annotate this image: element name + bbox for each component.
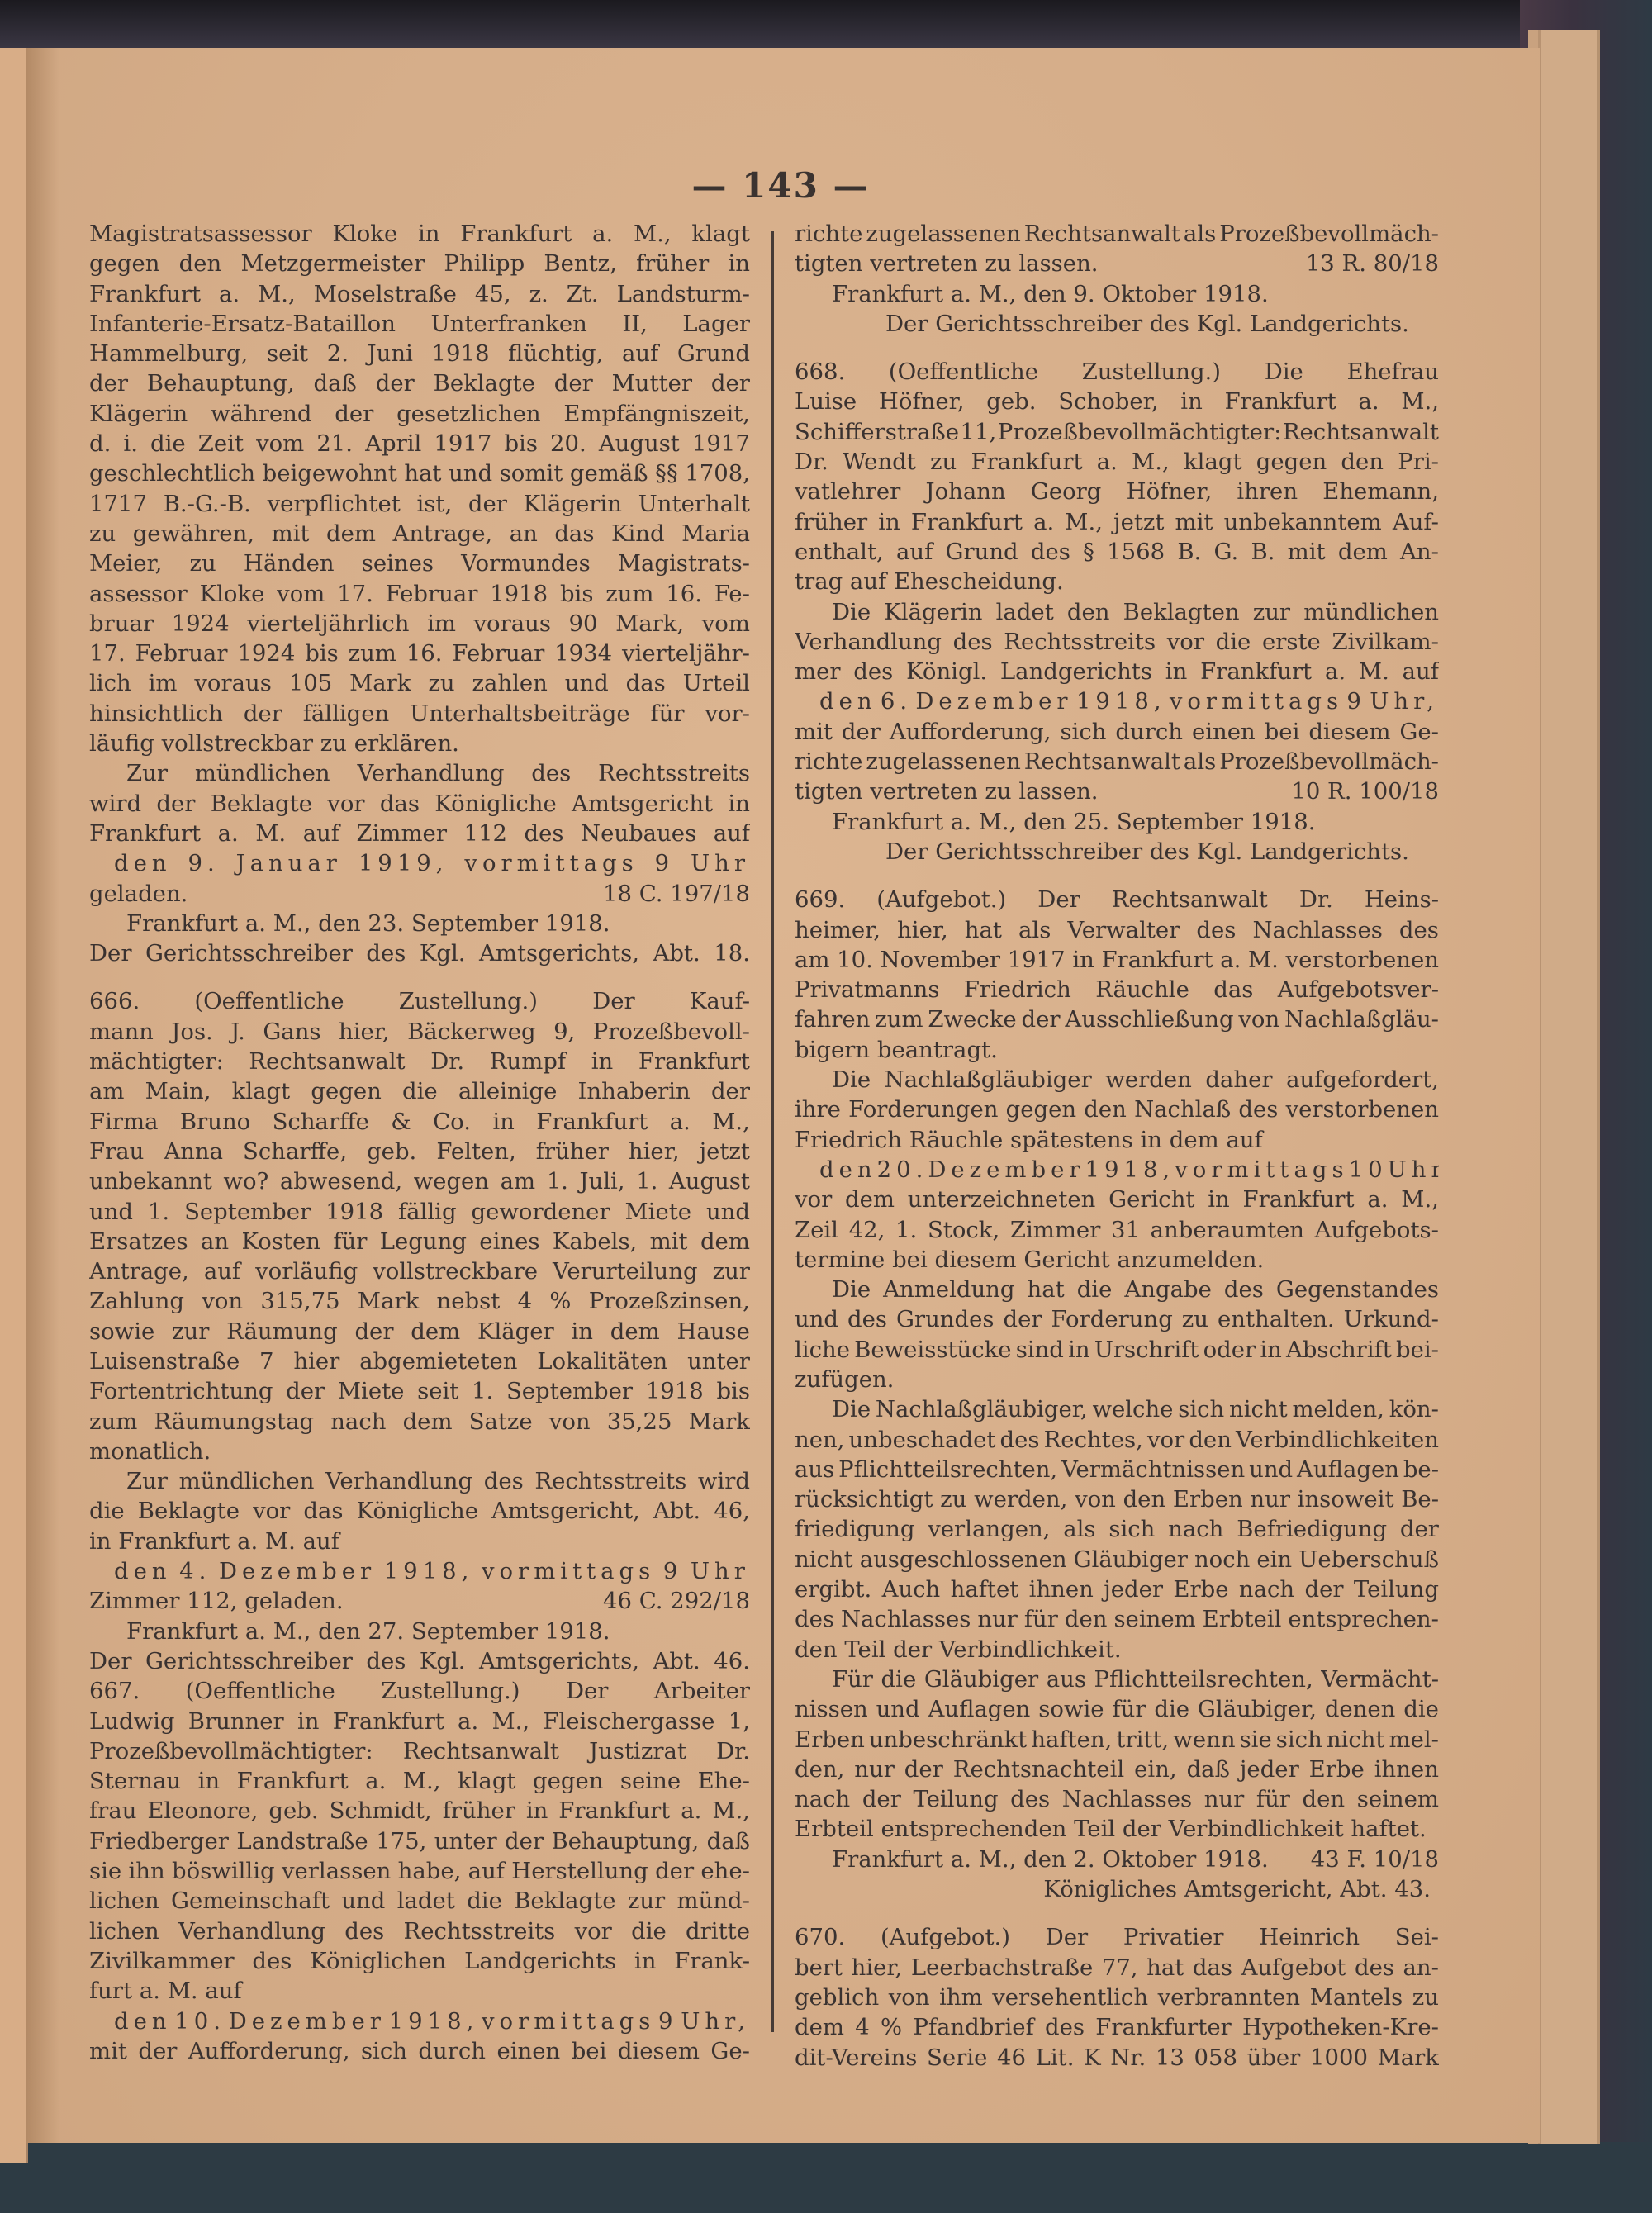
- word: der: [554, 368, 593, 398]
- word: gegen: [311, 1076, 381, 1106]
- line-text: ZivilkammerdesKöniglichenLandgerichtsinF…: [89, 1946, 750, 1976]
- word: Nachlasses: [1252, 915, 1382, 945]
- word: Felten,: [436, 1137, 515, 1166]
- word: daher: [1205, 1065, 1272, 1095]
- word: G.: [1214, 537, 1239, 567]
- word: Grundes: [896, 1304, 995, 1334]
- line-text: frauEleonore,geb.Schmidt,früherinFrankfu…: [89, 1796, 750, 1826]
- word: sich: [1178, 1394, 1224, 1424]
- word: Heinrich: [1259, 1922, 1360, 1952]
- word: Zivilkammer: [89, 1946, 235, 1976]
- text-line: mitderAufforderung,sichdurcheinenbeidies…: [89, 2036, 750, 2066]
- word: Stock,: [928, 1215, 999, 1245]
- word: der: [862, 1784, 901, 1814]
- word: i.: [123, 429, 138, 458]
- word: 4: [855, 2012, 870, 2042]
- word: Schifferstraße: [795, 417, 959, 447]
- word: sich: [1276, 1725, 1322, 1755]
- word: Prozeßbevoll-: [593, 1017, 750, 1047]
- word: Frankfurt: [1101, 945, 1213, 975]
- word: Klägerin: [884, 597, 982, 627]
- word: Neubaues: [581, 819, 696, 848]
- word: zum: [349, 639, 396, 668]
- word: der: [904, 1755, 943, 1784]
- word: Prozeßbevollmächtigter:: [998, 417, 1282, 447]
- word: in: [1208, 1185, 1230, 1214]
- word: Pflichtteilsrechten,: [838, 1455, 1057, 1484]
- word: Rechtsstreits: [534, 1466, 686, 1496]
- word: den: [1065, 1604, 1108, 1634]
- word: in: [297, 1707, 320, 1736]
- line-text: mannJos.J.Ganshier,Bäckerweg9,Prozeßbevo…: [89, 1017, 750, 1047]
- word: richte: [795, 219, 862, 249]
- text-line: richtezugelassenenRechtsanwaltalsProzeßb…: [795, 219, 1439, 249]
- word: vierteljähr-: [622, 639, 750, 668]
- word: auf: [204, 1256, 240, 1286]
- word: somit: [500, 458, 563, 488]
- line-text: mächtigter:RechtsanwaltDr.RumpfinFrankfu…: [89, 1047, 750, 1076]
- word: mündlichen: [1303, 597, 1439, 627]
- word: für: [651, 699, 685, 729]
- line-text: assessorKlokevom17.Februar1918biszum16.F…: [89, 579, 750, 609]
- word: Landgerichts: [464, 1946, 616, 1976]
- word: verbrannten: [1158, 1983, 1301, 2012]
- word: Kgl.: [420, 1646, 466, 1676]
- word: den: [819, 686, 877, 716]
- text-line: geblichvonihmversehentlichverbranntenMan…: [795, 1983, 1439, 2012]
- text-line: FortentrichtungderMieteseit1.September19…: [89, 1376, 750, 1406]
- text-line: zugewähren,mitdemAntrage,andasKindMaria: [89, 519, 750, 549]
- word: dem: [326, 519, 376, 549]
- word: Verurteilung: [553, 1256, 698, 1286]
- word: Uhr: [691, 1556, 750, 1586]
- word: liche: [795, 1335, 850, 1365]
- word: 9: [663, 1556, 683, 1586]
- word: 1708,: [685, 458, 750, 488]
- word: hat: [965, 915, 1002, 945]
- word: Frankfurt: [1243, 1185, 1355, 1214]
- word: Co.: [433, 1107, 471, 1137]
- word: Rechtsanwalt: [249, 1047, 405, 1076]
- word: 315,75: [260, 1286, 339, 1316]
- text-line: ihreForderungengegendenNachlaßdesverstor…: [795, 1095, 1439, 1124]
- word: auf: [896, 537, 933, 567]
- word: Nachlaßgläubiger: [885, 1065, 1092, 1095]
- word: 17.: [337, 579, 373, 609]
- word: Friedrich: [964, 975, 1071, 1004]
- word: 21.: [316, 429, 353, 458]
- word: Der: [89, 1646, 131, 1676]
- text-line: Zahlungvon315,75Marknebst4%Prozeßzinsen,: [89, 1286, 750, 1316]
- word: der: [1003, 1304, 1042, 1334]
- word: April: [365, 429, 421, 458]
- word: Miete: [338, 1376, 405, 1406]
- word: gewordener: [471, 1197, 610, 1227]
- word: wegen: [414, 1166, 489, 1196]
- word: das: [380, 789, 420, 819]
- word: 1917: [434, 429, 491, 458]
- notice-heading-line: 667.(OeffentlicheZustellung.)DerArbeiter: [89, 1676, 750, 1706]
- text-line: Der Gerichtsschreiber des Kgl. Landgeric…: [795, 309, 1439, 339]
- word: Erben: [1173, 1484, 1243, 1514]
- text-line: Der Gerichtsschreiber des Kgl. Landgeric…: [795, 837, 1439, 867]
- word: M.,: [712, 1796, 750, 1826]
- word: Ersatzes: [89, 1227, 188, 1256]
- line-text: mitderAufforderung,sichdurcheinenbeidies…: [89, 2036, 750, 2066]
- line-text: bigern beantragt.: [795, 1035, 998, 1065]
- word: den,: [795, 1755, 844, 1784]
- text-line: 17.Februar1924biszum16.Februar1934vierte…: [89, 639, 750, 668]
- word: dit-Vereins: [795, 2043, 917, 2073]
- word: vatlehrer: [795, 477, 900, 506]
- line-text: dit-VereinsSerie46Lit.KNr.13058über1000M…: [795, 2043, 1439, 2073]
- word: Fe-: [714, 579, 750, 609]
- word: Frankfurt: [638, 1047, 750, 1076]
- word: M.,: [403, 1766, 441, 1796]
- word: unbekanntem: [1224, 507, 1382, 537]
- line-text: nachderTeilungdesNachlassesnurfürdensein…: [795, 1784, 1439, 1814]
- word: und: [1249, 1455, 1293, 1484]
- word: Rechtsanwalt: [1112, 885, 1268, 914]
- line-text: DieNachlaßgläubiger,welchesichnichtmelde…: [832, 1394, 1439, 1424]
- text-line: sowiezurRäumungderdemKlägerindemHause: [89, 1317, 750, 1346]
- text-line: Friedrich Räuchle spätestens in dem auf: [795, 1125, 1439, 1155]
- line-text: derBehauptung,daßderBeklagtederMutterder: [89, 368, 750, 398]
- word: Prozeßbevollmäch-: [1219, 219, 1439, 249]
- word: Der: [1046, 1922, 1088, 1952]
- word: Bäckerweg: [407, 1017, 536, 1047]
- line-text: gegendenMetzgermeisterPhilippBentz,frühe…: [89, 249, 750, 278]
- word: 1.: [148, 1197, 169, 1227]
- text-line: bruar1924vierteljährlichimvoraus90Mark,v…: [89, 609, 750, 639]
- word: Scharffe,: [243, 1137, 347, 1166]
- word: gemäß: [570, 458, 648, 488]
- word: Befriedigung: [1237, 1514, 1387, 1544]
- word: Auf-: [1393, 507, 1439, 537]
- word: a.: [670, 1107, 691, 1137]
- line-text: monatlich.: [89, 1437, 211, 1466]
- word: M.,: [1065, 507, 1103, 537]
- word: zum: [89, 1407, 137, 1437]
- word: &: [391, 1107, 411, 1137]
- word: enthalt,: [795, 537, 884, 567]
- text-line: lichenVerhandlungdesRechtsstreitsvordied…: [89, 1916, 750, 1946]
- word: Gläubiger: [924, 1664, 1038, 1694]
- word: lichen: [89, 1886, 159, 1916]
- word: Kabels,: [553, 1227, 637, 1256]
- word: seit: [417, 1376, 458, 1406]
- word: Mantels: [1310, 1983, 1403, 2012]
- word: Frankfurt: [911, 507, 1023, 537]
- line-text: geblichvonihmversehentlichverbranntenMan…: [795, 1983, 1439, 2012]
- word: Uhr,: [1370, 686, 1439, 716]
- word: nicht: [1327, 1725, 1385, 1755]
- word: bis: [305, 639, 339, 668]
- text-line: nichtausgeschlossenenGläubigernocheinUeb…: [795, 1545, 1439, 1574]
- word: wird: [89, 789, 141, 819]
- word: Zt.: [567, 279, 599, 309]
- word: geb.: [986, 387, 1036, 416]
- word: heimer,: [795, 915, 881, 945]
- word: ladet: [397, 1886, 455, 1916]
- word: Die: [832, 1394, 871, 1424]
- line-text: Meier,zuHändenseinesVormundesMagistrats-: [89, 549, 750, 578]
- case-reference: 10 R. 100/18: [1291, 776, 1439, 806]
- word: d.: [89, 429, 111, 458]
- text-line: MagistratsassessorKlokeinFrankfurta.M.,k…: [89, 219, 750, 249]
- text-line: 1717B.-G.-B.verpflichtetist,derKlägerinU…: [89, 489, 750, 519]
- text-line: Frankfurt a. M., den 27. September 1918.: [89, 1617, 750, 1646]
- word: Dr.: [716, 1736, 750, 1766]
- word: die: [631, 1916, 667, 1946]
- text-line: Schifferstraße11,Prozeßbevollmächtigter:…: [795, 417, 1439, 447]
- line-text: Frankfurt a. M., den 27. September 1918.: [126, 1617, 610, 1646]
- line-text: Königliches Amtsgericht, Abt. 43.: [1043, 1874, 1431, 1904]
- word: 45,: [475, 279, 511, 309]
- word: Beklagte: [434, 368, 535, 398]
- word: 1,: [729, 1707, 750, 1736]
- word: 77,: [1102, 1953, 1138, 1983]
- word: geschlechtlich: [89, 458, 255, 488]
- word: Februar: [386, 579, 478, 609]
- word: vom: [277, 579, 325, 609]
- notice-heading-line: 668.(OeffentlicheZustellung.)DieEhefrau: [795, 357, 1439, 387]
- word: geb.: [367, 1137, 416, 1166]
- word: Pflichtteilsrechten,: [1094, 1664, 1313, 1694]
- word: zu: [1412, 1983, 1439, 2012]
- line-text: licheBeweisstückesindinUrschriftoderinAb…: [795, 1335, 1439, 1365]
- word: die: [89, 1496, 125, 1526]
- word: das: [554, 519, 594, 549]
- text-line: PrivatmannsFriedrichRäuchledasAufgebotsv…: [795, 975, 1439, 1004]
- word: hat: [404, 458, 441, 488]
- word: entsprechen-: [1288, 1604, 1439, 1634]
- text-line: den,nurderRechtsnachteilein,daßjederErbe…: [795, 1755, 1439, 1784]
- word: Anna: [164, 1137, 223, 1166]
- word: Frankfurt: [89, 819, 201, 848]
- line-text: den20.Dezember1918,vormittags10Uhr,: [819, 1155, 1439, 1185]
- word: der: [1022, 1004, 1061, 1034]
- line-text: Hammelburg,seit2.Juni1918flüchtig,aufGru…: [89, 339, 750, 368]
- word: des: [366, 1646, 406, 1676]
- text-line: Frankfurt a. M., den 23. September 1918.: [89, 909, 750, 938]
- word: 2.: [327, 339, 349, 368]
- line-text: den6.Dezember1918,vormittags9Uhr,: [819, 686, 1439, 716]
- word: 10.: [174, 2006, 225, 2036]
- word: Ehemann,: [1322, 477, 1439, 506]
- word: ihnen: [1029, 1574, 1094, 1604]
- word: be-: [1403, 1455, 1439, 1484]
- word: 175,: [376, 1826, 426, 1856]
- word: Frankfurt: [1225, 387, 1336, 416]
- word: Uhr: [691, 848, 750, 878]
- line-text: termine bei diesem Gericht anzumelden.: [795, 1245, 1264, 1275]
- word: in: [571, 1317, 593, 1346]
- word: flüchtig,: [508, 339, 603, 368]
- line-text: Antrage,aufvorläufigvollstreckbareVerurt…: [89, 1256, 750, 1286]
- line-text: ihreForderungengegendenNachlaßdesverstor…: [795, 1095, 1439, 1124]
- word: Abt.: [653, 1646, 700, 1676]
- word: zum: [875, 1004, 923, 1034]
- word: Kloke: [200, 579, 265, 609]
- line-text: hinsichtlichderfälligenUnterhaltsbeiträg…: [89, 699, 750, 729]
- word: gewähren,: [133, 519, 254, 549]
- word: Der: [89, 938, 131, 968]
- book-cover-top: [0, 0, 1652, 50]
- word: in: [591, 1047, 614, 1076]
- line-text: 1717B.-G.-B.verpflichtetist,derKlägerinU…: [89, 489, 750, 519]
- word: der: [1400, 1514, 1439, 1544]
- word: nach: [1168, 1514, 1223, 1544]
- word: mit: [795, 717, 833, 747]
- word: vor-: [705, 699, 750, 729]
- word: als: [1063, 1514, 1095, 1544]
- word: in: [1260, 1335, 1282, 1365]
- word: J.: [230, 1017, 245, 1047]
- case-reference: 46 C. 292/18: [603, 1586, 750, 1616]
- word: wenn: [1173, 1725, 1235, 1755]
- word: Frank-: [674, 1946, 750, 1976]
- text-line: lichenGemeinschaftundladetdieBeklagtezur…: [89, 1886, 750, 1916]
- word: auf: [1403, 657, 1439, 686]
- case-reference: 43 F. 10/18: [1311, 1845, 1439, 1874]
- word: M.: [1359, 657, 1389, 686]
- word: denen: [1325, 1694, 1396, 1724]
- word: a.: [1220, 945, 1241, 975]
- text-line: ZivilkammerdesKöniglichenLandgerichtsinF…: [89, 1946, 750, 1976]
- word: August: [669, 1166, 750, 1196]
- word: Luisenstraße: [89, 1346, 240, 1376]
- word: des: [1238, 1095, 1278, 1124]
- word: habe,: [398, 1856, 462, 1886]
- word: zum: [605, 579, 653, 609]
- notice-heading-line: 666.(OeffentlicheZustellung.)DerKauf-: [89, 986, 750, 1016]
- notice-heading-line: 669.(Aufgebot.)DerRechtsanwaltDr.Heins-: [795, 885, 1439, 914]
- word: Magistrats-: [618, 549, 750, 578]
- word: alleinige: [458, 1076, 557, 1106]
- word: Frankfurt: [89, 279, 201, 309]
- line-text: den Teil der Verbindlichkeit.: [795, 1635, 1122, 1664]
- word: den: [179, 249, 222, 278]
- line-text: dieBeklagtevordasKöniglicheAmtsgericht,A…: [89, 1496, 750, 1526]
- word: den: [114, 1556, 172, 1586]
- line-text: ergibt.AuchhaftetihnenjederErbenachderTe…: [795, 1574, 1439, 1604]
- word: zur: [713, 1256, 750, 1286]
- text-line: Infanterie-Ersatz-BataillonUnterfrankenI…: [89, 309, 750, 339]
- word: Mutter: [612, 368, 692, 398]
- word: Behauptung,: [551, 1826, 699, 1856]
- word: Zustellung.): [399, 986, 538, 1016]
- word: Urteil: [683, 668, 750, 698]
- word: seines: [362, 549, 434, 578]
- word: Fortentrichtung: [89, 1376, 273, 1406]
- text-line: ergibt.AuchhaftetihnenjederErbenachderTe…: [795, 1574, 1439, 1604]
- word: sich: [361, 2036, 407, 2066]
- word: jetzt: [700, 1137, 750, 1166]
- word: zahlen: [472, 668, 547, 698]
- word: Aufforderung,: [188, 2036, 350, 2066]
- word: vor: [1147, 1425, 1184, 1455]
- word: von: [889, 1983, 930, 2012]
- word: Der: [1037, 885, 1080, 914]
- word: voraus: [194, 668, 271, 698]
- word: ladet: [996, 597, 1054, 627]
- word: Beklagte: [514, 1886, 615, 1916]
- word: Landgerichts: [1000, 657, 1152, 686]
- word: 1717: [89, 489, 147, 519]
- word: 1.: [472, 1376, 493, 1406]
- word: Zeil: [795, 1215, 838, 1245]
- word: einen: [496, 2036, 560, 2066]
- line-text: trag auf Ehescheidung.: [795, 567, 1064, 596]
- word: Kloke: [332, 219, 397, 249]
- word: 1918: [646, 1376, 704, 1406]
- word: II,: [622, 309, 647, 339]
- text-line: hinsichtlichderfälligenUnterhaltsbeiträg…: [89, 699, 750, 729]
- word: 669.: [795, 885, 845, 914]
- line-text: Frankfurta.M.aufZimmer112desNeubauesauf: [89, 819, 750, 848]
- line-text: und1.September1918fälliggewordenerMieteu…: [89, 1197, 750, 1227]
- text-line: Frankfurt a. M., den 25. September 1918.: [795, 807, 1439, 837]
- word: Heins-: [1365, 885, 1439, 914]
- word: Höfner,: [1127, 477, 1213, 506]
- section-gap: [795, 339, 1439, 357]
- word: fälligen: [303, 699, 390, 729]
- word: im: [427, 609, 456, 639]
- text-line: Zeil42,1.Stock,Zimmer31anberaumtenAufgeb…: [795, 1215, 1439, 1245]
- word: den: [1067, 597, 1110, 627]
- text-line: FriedbergerLandstraße175,unterderBehaupt…: [89, 1826, 750, 1856]
- word: a.: [1097, 447, 1118, 477]
- word: 1924: [237, 639, 295, 668]
- word: Ausschließung: [1065, 1004, 1233, 1034]
- line-text: dem4%PfandbriefdesFrankfurterHypotheken-…: [795, 2012, 1439, 2042]
- line-text: bruar1924vierteljährlichimvoraus90Mark,v…: [89, 609, 750, 639]
- word: Infanterie-Ersatz-Bataillon: [89, 309, 396, 339]
- word: Ge-: [1399, 717, 1439, 747]
- word: Amtsgericht,: [491, 1496, 640, 1526]
- text-line: richtezugelassenenRechtsanwaltalsProzeßb…: [795, 747, 1439, 776]
- word: jeder: [1240, 1755, 1299, 1784]
- right-column: richtezugelassenenRechtsanwaltalsProzeßb…: [795, 219, 1439, 2073]
- word: Zimmer: [1010, 1215, 1100, 1245]
- previous-page-edge: [0, 48, 28, 2163]
- line-text: berthier,Leerbachstraße77,hatdasAufgebot…: [795, 1953, 1439, 1983]
- word: 058: [1194, 2043, 1237, 2073]
- word: 10: [1349, 1155, 1388, 1185]
- word: hinsichtlich: [89, 699, 223, 729]
- text-line: Prozeßbevollmächtigter:RechtsanwaltJusti…: [89, 1736, 750, 1766]
- line-text: 17.Februar1924biszum16.Februar1934vierte…: [89, 639, 750, 668]
- text-line: den6.Dezember1918,vormittags9Uhr,: [795, 686, 1439, 716]
- word: Erbe: [1309, 1755, 1365, 1784]
- word: Philipp: [444, 249, 525, 278]
- word: 10.: [837, 945, 873, 975]
- word: Abt.: [653, 938, 700, 968]
- line-text: SternauinFrankfurta.M.,klagtgegenseineEh…: [89, 1766, 750, 1796]
- word: Urkund-: [1344, 1304, 1439, 1334]
- word: fällig: [398, 1197, 457, 1227]
- word: Ehe-: [698, 1766, 750, 1796]
- word: vormittags: [482, 2006, 655, 2036]
- word: Anmeldung: [883, 1275, 1014, 1304]
- text-line: heimer,hier,hatalsVerwalterdesNachlasses…: [795, 915, 1439, 945]
- word: am: [89, 1076, 124, 1106]
- word: nach: [1239, 1574, 1294, 1604]
- text-line: SternauinFrankfurta.M.,klagtgegenseineEh…: [89, 1766, 750, 1796]
- word: Rechtsanwalt: [1024, 747, 1180, 776]
- line-text: läufig vollstreckbar zu erklären.: [89, 729, 459, 758]
